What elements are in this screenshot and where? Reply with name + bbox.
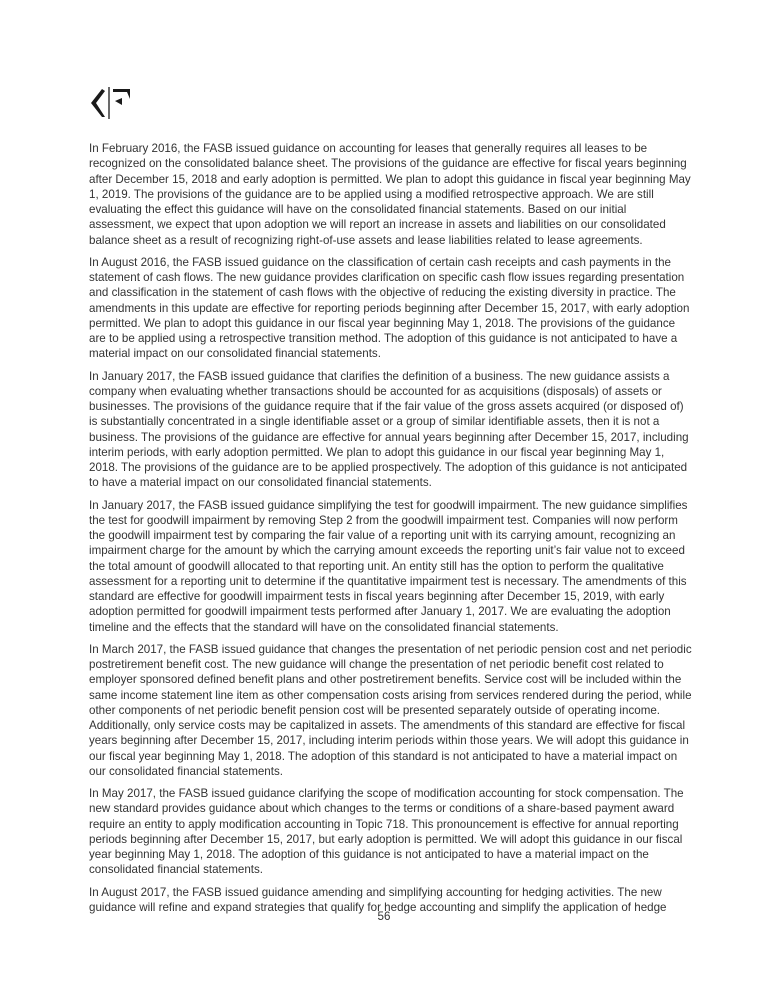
page-number: 56 bbox=[0, 910, 768, 923]
paragraph-business-definition: In January 2017, the FASB issued guidanc… bbox=[89, 369, 693, 491]
document-page: In February 2016, the FASB issued guidan… bbox=[0, 0, 768, 1000]
paragraph-pension-cost: In March 2017, the FASB issued guidance … bbox=[89, 642, 693, 779]
kf-monogram-logo-icon bbox=[89, 83, 139, 123]
document-body: In February 2016, the FASB issued guidan… bbox=[89, 141, 693, 922]
paragraph-leases: In February 2016, the FASB issued guidan… bbox=[89, 141, 693, 248]
paragraph-stock-compensation: In May 2017, the FASB issued guidance cl… bbox=[89, 786, 693, 878]
paragraph-cash-flows: In August 2016, the FASB issued guidance… bbox=[89, 255, 693, 362]
paragraph-goodwill-impairment: In January 2017, the FASB issued guidanc… bbox=[89, 498, 693, 635]
